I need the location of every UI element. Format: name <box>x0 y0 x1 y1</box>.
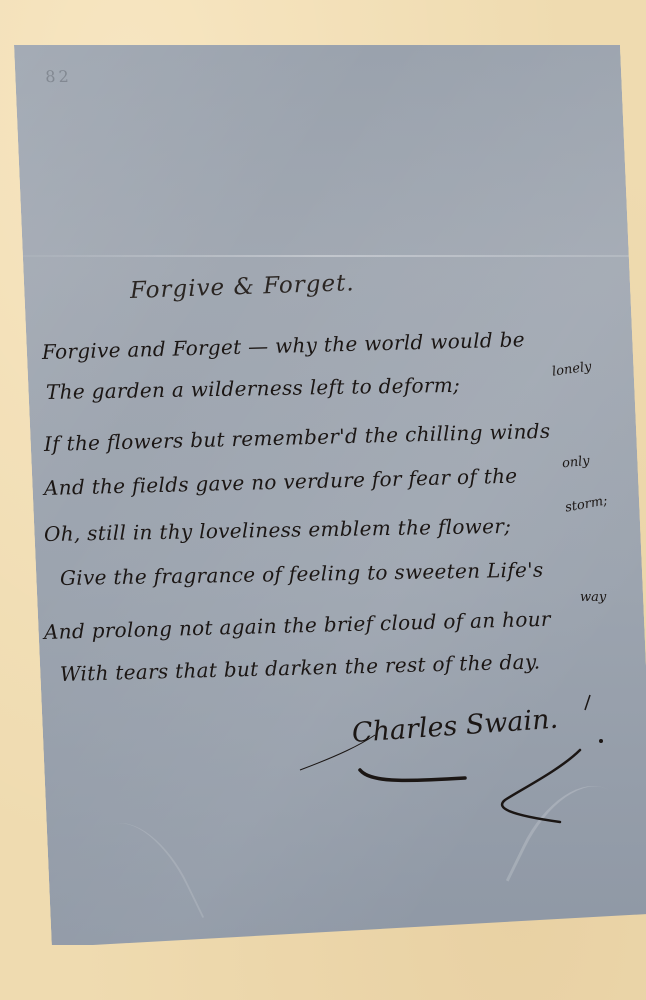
paper-crease-right <box>506 765 628 914</box>
paper-crease-left <box>95 808 204 943</box>
pencil-page-number: 82 <box>45 67 72 86</box>
poem-line-6-insert: way <box>580 590 606 605</box>
poem-line-3-insert: only <box>561 454 590 472</box>
fold-line <box>23 255 629 257</box>
